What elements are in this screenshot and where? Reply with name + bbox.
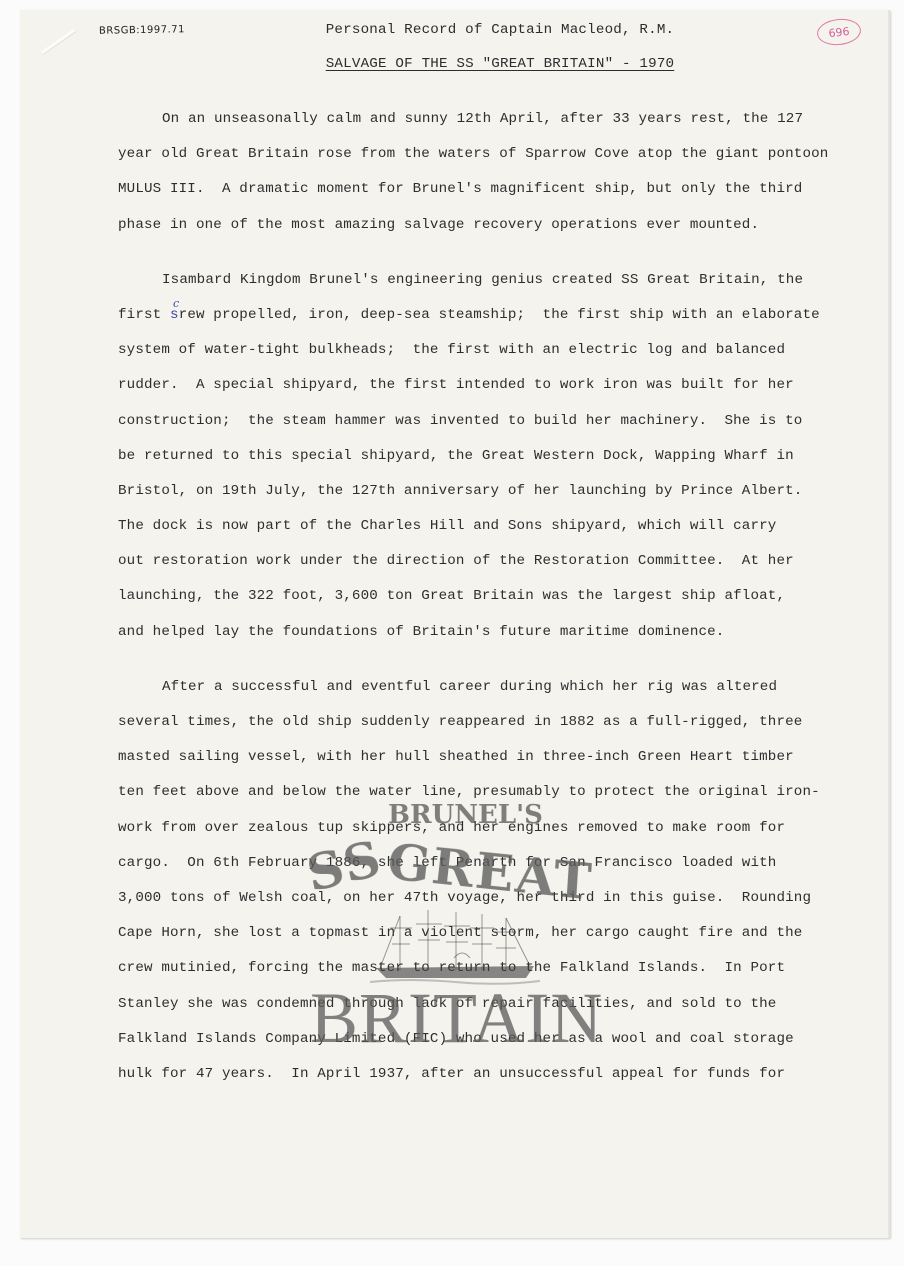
text-line: hulk for 47 years. In April 1937, after … — [118, 1063, 858, 1098]
text-line: Stanley she was condemned through lack o… — [118, 993, 858, 1028]
text-fragment: first — [118, 307, 170, 323]
text-line: Bristol, on 19th July, the 127th anniver… — [118, 480, 858, 515]
text-line: crew mutinied, forcing the master to ret… — [118, 957, 858, 992]
text-line: several times, the old ship suddenly rea… — [118, 711, 858, 746]
text-line: Cape Horn, she lost a topmast in a viole… — [118, 922, 858, 957]
paragraph-3: After a successful and eventful career d… — [118, 676, 858, 1098]
document-body: On an unseasonally calm and sunny 12th A… — [118, 108, 858, 1098]
inserted-character: c — [173, 293, 179, 315]
text-line: After a successful and eventful career d… — [118, 676, 858, 711]
text-line-with-correction: first screw propelled, iron, deep-sea st… — [118, 304, 858, 339]
handwritten-correction: sc — [170, 307, 179, 323]
text-line: 3,000 tons of Welsh coal, on her 47th vo… — [118, 887, 858, 922]
paragraph-1: On an unseasonally calm and sunny 12th A… — [118, 108, 858, 249]
text-line: masted sailing vessel, with her hull she… — [118, 746, 858, 781]
text-line: be returned to this special shipyard, th… — [118, 445, 858, 480]
text-line: out restoration work under the direction… — [118, 550, 858, 585]
text-line: work from over zealous tup skippers, and… — [118, 817, 858, 852]
text-line: construction; the steam hammer was inven… — [118, 410, 858, 445]
text-line: MULUS III. A dramatic moment for Brunel'… — [118, 178, 858, 213]
text-line: Isambard Kingdom Brunel's engineering ge… — [118, 269, 858, 304]
text-line: phase in one of the most amazing salvage… — [118, 214, 858, 249]
document-title-text: SALVAGE OF THE SS "GREAT BRITAIN" - 1970 — [326, 56, 675, 72]
text-line: system of water-tight bulkheads; the fir… — [118, 339, 858, 374]
text-line: launching, the 322 foot, 3,600 ton Great… — [118, 585, 858, 620]
document-header: Personal Record of Captain Macleod, R.M. — [48, 22, 904, 38]
text-line: ten feet above and below the water line,… — [118, 781, 858, 816]
text-line: On an unseasonally calm and sunny 12th A… — [118, 108, 858, 143]
document-title: SALVAGE OF THE SS "GREAT BRITAIN" - 1970 — [48, 56, 904, 72]
text-line: cargo. On 6th February 1886, she left Pe… — [118, 852, 858, 887]
text-line: year old Great Britain rose from the wat… — [118, 143, 858, 178]
text-line: Falkland Islands Company Limited (FIC) w… — [118, 1028, 858, 1063]
text-fragment: rew propelled, iron, deep-sea steamship;… — [179, 307, 820, 323]
paragraph-2: Isambard Kingdom Brunel's engineering ge… — [118, 269, 858, 656]
text-line: The dock is now part of the Charles Hill… — [118, 515, 858, 550]
text-line: rudder. A special shipyard, the first in… — [118, 374, 858, 409]
text-line: and helped lay the foundations of Britai… — [118, 621, 858, 656]
